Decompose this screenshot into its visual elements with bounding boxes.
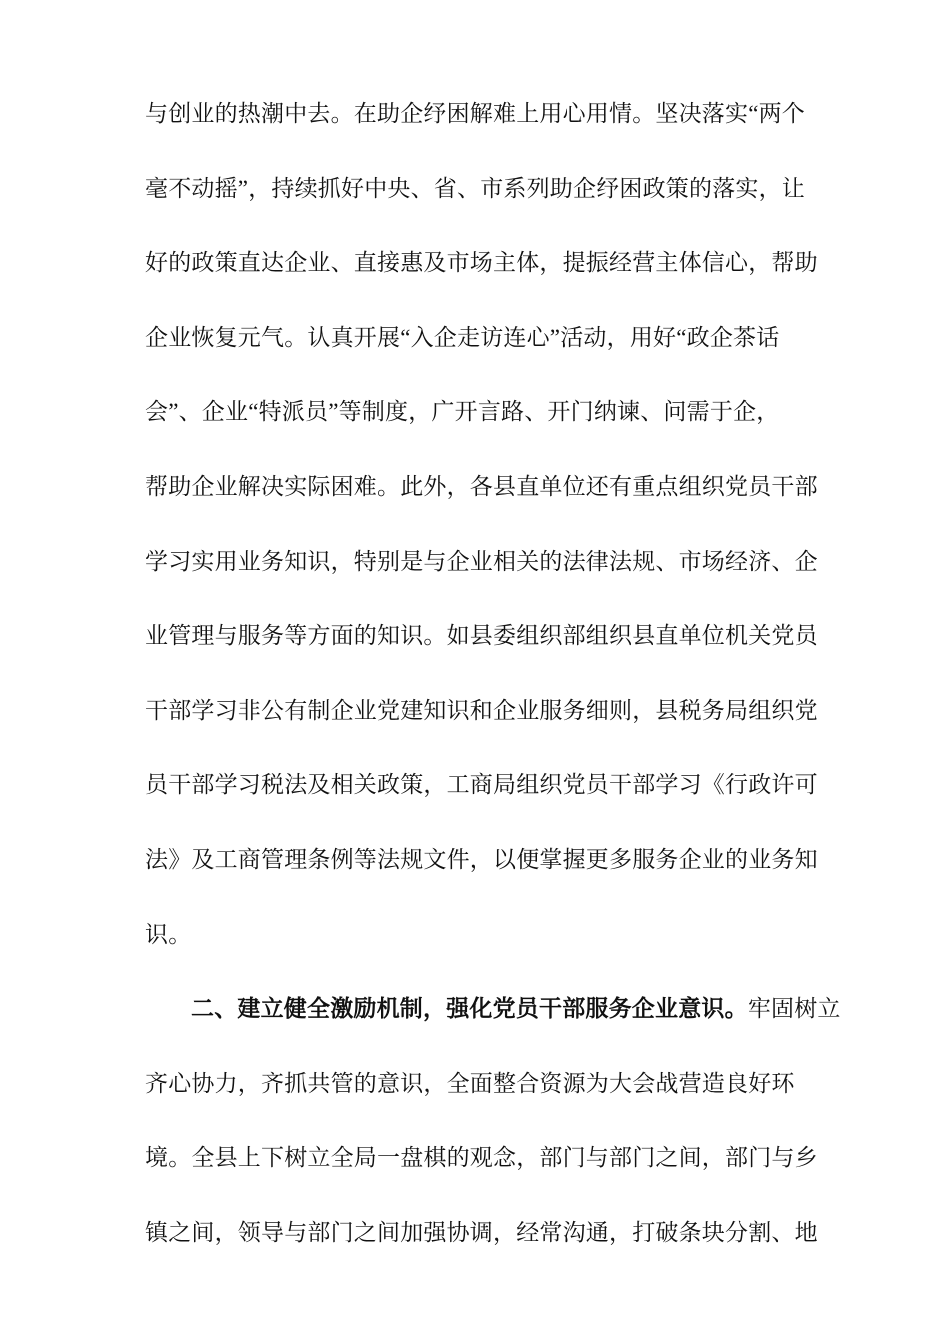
text-line: 干部学习非公有制企业党建知识和企业服务细则，县税务局组织党 xyxy=(145,674,845,749)
text-line: 业管理与服务等方面的知识。如县委组织部组织县直单位机关党员 xyxy=(145,599,845,674)
text-line: 毫不动摇”，持续抓好中央、省、市系列助企纾困政策的落实，让 xyxy=(145,152,845,227)
paragraph-2: 二、建立健全激励机制，强化党员干部服务企业意识。牢固树立齐心协力，齐抓共管的意识… xyxy=(145,972,845,1270)
text-line: 与创业的热潮中去。在助企纾困解难上用心用情。坚决落实“两个 xyxy=(145,77,845,152)
text-segment: 识。 xyxy=(145,922,191,947)
text-segment: 企业恢复元气。认真开展“入企走访连心”活动，用好“政企茶话 xyxy=(145,325,779,350)
text-segment: 员干部学习税法及相关政策，工商局组织党员干部学习《行政许可 xyxy=(145,772,818,797)
document-page: 与创业的热潮中去。在助企纾困解难上用心用情。坚决落实“两个毫不动摇”，持续抓好中… xyxy=(0,0,950,1344)
text-line: 二、建立健全激励机制，强化党员干部服务企业意识。牢固树立 xyxy=(145,972,845,1047)
text-line: 好的政策直达企业、直接惠及市场主体，提振经营主体信心，帮助 xyxy=(145,226,845,301)
text-segment: 齐心协力，齐抓共管的意识，全面整合资源为大会战营造良好环 xyxy=(145,1071,795,1096)
text-segment: 法》及工商管理条例等法规文件，以便掌握更多服务企业的业务知 xyxy=(145,847,818,872)
text-line: 会”、企业“特派员”等制度，广开言路、开门纳谏、问需于企， xyxy=(145,375,845,450)
text-line: 法》及工商管理条例等法规文件，以便掌握更多服务企业的业务知 xyxy=(145,823,845,898)
text-line: 学习实用业务知识，特别是与企业相关的法律法规、市场经济、企 xyxy=(145,525,845,600)
text-segment: 境。全县上下树立全局一盘棋的观念，部门与部门之间，部门与乡 xyxy=(145,1145,818,1170)
document-body: 与创业的热潮中去。在助企纾困解难上用心用情。坚决落实“两个毫不动摇”，持续抓好中… xyxy=(145,77,845,1271)
text-segment: 好的政策直达企业、直接惠及市场主体，提振经营主体信心，帮助 xyxy=(145,250,818,275)
text-segment: 帮助企业解决实际困难。此外，各县直单位还有重点组织党员干部 xyxy=(145,474,818,499)
bold-text-segment: 二、建立健全激励机制，强化党员干部服务企业意识。 xyxy=(191,996,748,1021)
text-line: 帮助企业解决实际困难。此外，各县直单位还有重点组织党员干部 xyxy=(145,450,845,525)
text-segment: 与创业的热潮中去。在助企纾困解难上用心用情。坚决落实“两个 xyxy=(145,101,805,126)
text-segment: 毫不动摇”，持续抓好中央、省、市系列助企纾困政策的落实，让 xyxy=(145,176,805,201)
text-line: 员干部学习税法及相关政策，工商局组织党员干部学习《行政许可 xyxy=(145,748,845,823)
text-line: 企业恢复元气。认真开展“入企走访连心”活动，用好“政企茶话 xyxy=(145,301,845,376)
text-segment: 镇之间，领导与部门之间加强协调，经常沟通，打破条块分割、地 xyxy=(145,1220,818,1245)
text-line: 识。 xyxy=(145,898,845,973)
text-segment: 业管理与服务等方面的知识。如县委组织部组织县直单位机关党员 xyxy=(145,623,818,648)
text-segment: 学习实用业务知识，特别是与企业相关的法律法规、市场经济、企 xyxy=(145,549,818,574)
text-segment: 牢固树立 xyxy=(748,996,841,1021)
text-segment: 干部学习非公有制企业党建知识和企业服务细则，县税务局组织党 xyxy=(145,698,818,723)
text-segment: 会”、企业“特派员”等制度，广开言路、开门纳谏、问需于企， xyxy=(145,399,779,424)
text-line: 镇之间，领导与部门之间加强协调，经常沟通，打破条块分割、地 xyxy=(145,1196,845,1271)
paragraph-1: 与创业的热潮中去。在助企纾困解难上用心用情。坚决落实“两个毫不动摇”，持续抓好中… xyxy=(145,77,845,972)
text-line: 齐心协力，齐抓共管的意识，全面整合资源为大会战营造良好环 xyxy=(145,1047,845,1122)
text-line: 境。全县上下树立全局一盘棋的观念，部门与部门之间，部门与乡 xyxy=(145,1121,845,1196)
